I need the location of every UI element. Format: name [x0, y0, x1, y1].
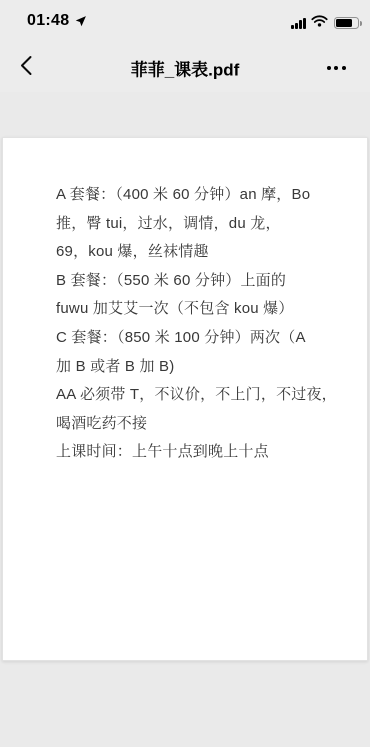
status-bar: 01:48 [0, 0, 370, 44]
pdf-text-line: AA 必须带 T，不议价，不上门，不过夜， [56, 381, 341, 410]
pdf-text-line: B 套餐：（550 米 60 分钟）上面的 [56, 267, 341, 296]
chevron-left-icon [20, 55, 32, 81]
pdf-text-line: A 套餐：（400 米 60 分钟）an 摩，Bo [56, 181, 341, 210]
phone-screen: 01:48 菲菲_课表.pdf [0, 0, 370, 747]
pdf-page: A 套餐：（400 米 60 分钟）an 摩，Bo 推，臀 tui，过水，调情，… [2, 137, 368, 661]
battery-icon [334, 17, 359, 29]
more-button[interactable] [316, 52, 356, 84]
pdf-text-line: C 套餐：（850 米 100 分钟）两次（A [56, 324, 341, 353]
location-arrow-icon [74, 15, 87, 33]
back-button[interactable] [8, 50, 44, 86]
pdf-text-line: 喝酒吃药不接 [56, 410, 341, 439]
status-icons [291, 16, 359, 30]
pdf-text-line: 上课时间：上午十点到晚上十点 [56, 438, 341, 467]
pdf-viewer[interactable]: A 套餐：（400 米 60 分钟）an 摩，Bo 推，臀 tui，过水，调情，… [0, 92, 370, 747]
wifi-icon [311, 14, 328, 32]
pdf-text-block: A 套餐：（400 米 60 分钟）an 摩，Bo 推，臀 tui，过水，调情，… [56, 181, 341, 467]
ellipsis-icon [327, 66, 346, 70]
cellular-signal-icon [291, 18, 306, 29]
pdf-text-line: fuwu 加艾艾一次（不包含 kou 爆） [56, 295, 341, 324]
pdf-text-line: 69，kou 爆，丝袜情趣 [56, 238, 341, 267]
pdf-text-line: 推，臀 tui，过水，调情，du 龙， [56, 210, 341, 239]
nav-bar: 菲菲_课表.pdf [0, 44, 370, 92]
status-time: 01:48 [27, 12, 69, 30]
pdf-text-line: 加 B 或者 B 加 B) [56, 353, 341, 382]
document-title: 菲菲_课表.pdf [131, 56, 240, 81]
